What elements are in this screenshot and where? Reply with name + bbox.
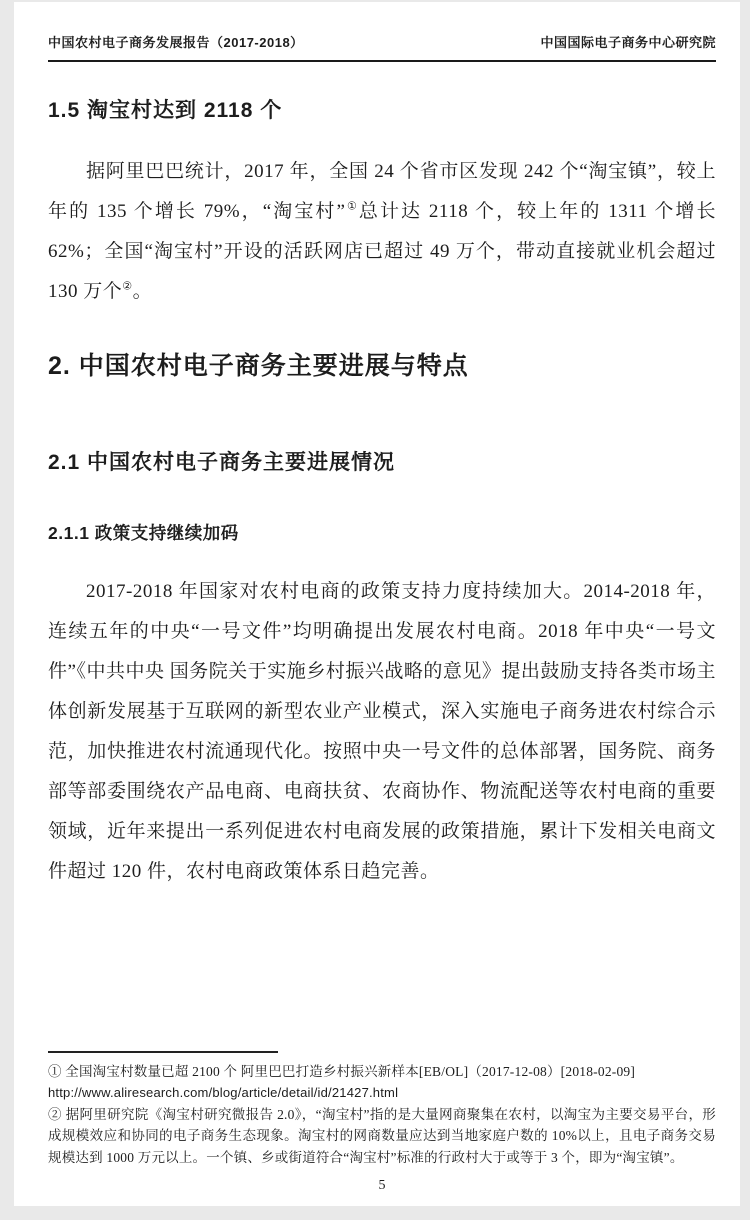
- footnote-1: ① 全国淘宝村数量已超 2100 个 阿里巴巴打造乡村振兴新样本[EB/OL]（…: [48, 1061, 716, 1104]
- page-number: 5: [48, 1178, 716, 1194]
- scan-canvas: 中国农村电子商务发展报告（2017-2018） 中国国际电子商务中心研究院 1.…: [0, 0, 750, 1220]
- header-institute-name: 中国国际电子商务中心研究院: [540, 32, 716, 51]
- footnote-1-text: 全国淘宝村数量已超 2100 个 阿里巴巴打造乡村振兴新样本[EB/OL]（20…: [65, 1064, 635, 1079]
- section-2-heading: 2. 中国农村电子商务主要进展与特点: [48, 348, 716, 384]
- footnote-reference-2: ②: [122, 281, 132, 293]
- paragraph-text-part3: 。: [133, 281, 153, 302]
- footnote-area: ① 全国淘宝村数量已超 2100 个 阿里巴巴打造乡村振兴新样本[EB/OL]（…: [48, 1051, 716, 1207]
- section-1-5-heading: 1.5 淘宝村达到 2118 个: [48, 96, 716, 126]
- footnote-2-text: 据阿里研究院《淘宝村研究微报告 2.0》，“淘宝村”指的是大量网商聚集在农村，以…: [48, 1107, 716, 1165]
- header-report-title: 中国农村电子商务发展报告（2017-2018）: [48, 32, 304, 51]
- paragraph-taobao-village-stats: 据阿里巴巴统计，2017 年，全国 24 个省市区发现 242 个“淘宝镇”，较…: [48, 152, 716, 312]
- page-header: 中国农村电子商务发展报告（2017-2018） 中国国际电子商务中心研究院: [48, 32, 716, 62]
- document-page: 中国农村电子商务发展报告（2017-2018） 中国国际电子商务中心研究院 1.…: [14, 2, 740, 1206]
- footnote-reference-1: ①: [345, 201, 359, 213]
- section-2-1-heading: 2.1 中国农村电子商务主要进展情况: [48, 448, 716, 478]
- footnote-1-marker: ①: [48, 1064, 62, 1079]
- footnote-2: ② 据阿里研究院《淘宝村研究微报告 2.0》，“淘宝村”指的是大量网商聚集在农村…: [48, 1104, 716, 1169]
- footnote-divider: [48, 1051, 278, 1053]
- footnote-1-url: http://www.aliresearch.com/blog/article/…: [48, 1082, 716, 1104]
- paragraph-policy-support: 2017-2018 年国家对农村电商的政策支持力度持续加大。2014-2018 …: [48, 572, 716, 892]
- footnote-2-marker: ②: [48, 1107, 62, 1122]
- section-2-1-1-heading: 2.1.1 政策支持继续加码: [48, 520, 716, 546]
